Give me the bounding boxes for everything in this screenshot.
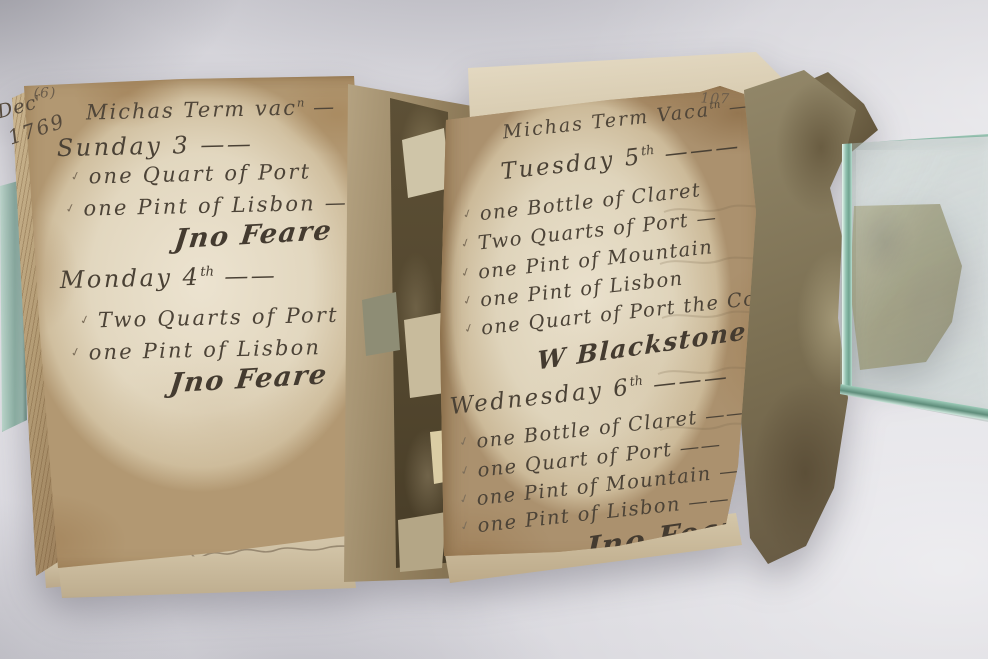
- page-number: 107: [700, 92, 730, 108]
- day-rule: ———: [653, 133, 742, 168]
- right-page-writing: Michas Term Vacatn — 107 Tuesday 5th ———…: [413, 67, 789, 579]
- tick-mark: ✓: [69, 169, 84, 184]
- glass-reflection: [856, 150, 986, 390]
- day-text: Wednesday 6: [449, 375, 632, 420]
- tick-mark: ✓: [69, 345, 84, 360]
- glass-left-rim: [842, 142, 852, 396]
- page-header: Michas Term vacn —: [86, 96, 337, 124]
- day-text: Tuesday 5: [500, 144, 643, 185]
- header-dash: —: [304, 95, 336, 120]
- day-superscript: th: [200, 265, 214, 280]
- entry-line: ✓Two Quarts of Port: [80, 304, 339, 332]
- day-rule: ——: [190, 130, 254, 159]
- left-page-writing: (6) Michas Term vacn — Sunday 3 —— ✓one …: [21, 67, 390, 573]
- tick-mark: ✓: [459, 235, 474, 251]
- tick-mark: ✓: [79, 312, 94, 327]
- day-heading: Tuesday 5th ———: [500, 134, 742, 185]
- left-page: (6) Michas Term vacn — Sunday 3 —— ✓one …: [22, 74, 380, 572]
- day-rule: ———: [642, 364, 731, 399]
- spine-paper-scrap: [396, 510, 450, 576]
- tick-mark: ✓: [458, 491, 473, 507]
- day-heading: Monday 4th ——: [59, 263, 277, 293]
- photo-background: (6) Michas Term vacn — Sunday 3 —— ✓one …: [0, 0, 988, 659]
- tick-mark: ✓: [457, 434, 472, 450]
- tick-mark: ✓: [461, 292, 476, 308]
- entry-text: one Pint of Lisbon: [88, 335, 321, 364]
- glass-pane: [836, 126, 988, 426]
- signature: Jno Feare: [168, 361, 329, 398]
- day-rule: ——: [214, 261, 278, 290]
- tick-mark: ✓: [461, 206, 476, 222]
- tick-mark: ✓: [64, 201, 79, 216]
- manuscript-book: (6) Michas Term vacn — Sunday 3 —— ✓one …: [0, 0, 988, 659]
- entry-line: ✓one Pint of Lisbon: [71, 336, 321, 364]
- entry-text: Two Quarts of Port: [98, 303, 339, 332]
- right-page: Michas Term Vacatn — 107 Tuesday 5th ———…: [438, 84, 764, 564]
- day-text: Sunday 3: [56, 131, 190, 162]
- day-heading: Sunday 3 ——: [57, 132, 254, 162]
- entry-line: ✓one Quart of Port: [71, 160, 311, 187]
- entry-text: one Quart of Port: [88, 159, 311, 188]
- tick-mark: ✓: [459, 518, 474, 534]
- tick-mark: ✓: [462, 321, 477, 337]
- day-text: Monday 4: [59, 263, 200, 294]
- header-text: Michas Term vac: [86, 96, 298, 125]
- signature: Jno Feare: [173, 217, 334, 254]
- tick-mark: ✓: [459, 463, 474, 479]
- tick-mark: ✓: [459, 265, 474, 281]
